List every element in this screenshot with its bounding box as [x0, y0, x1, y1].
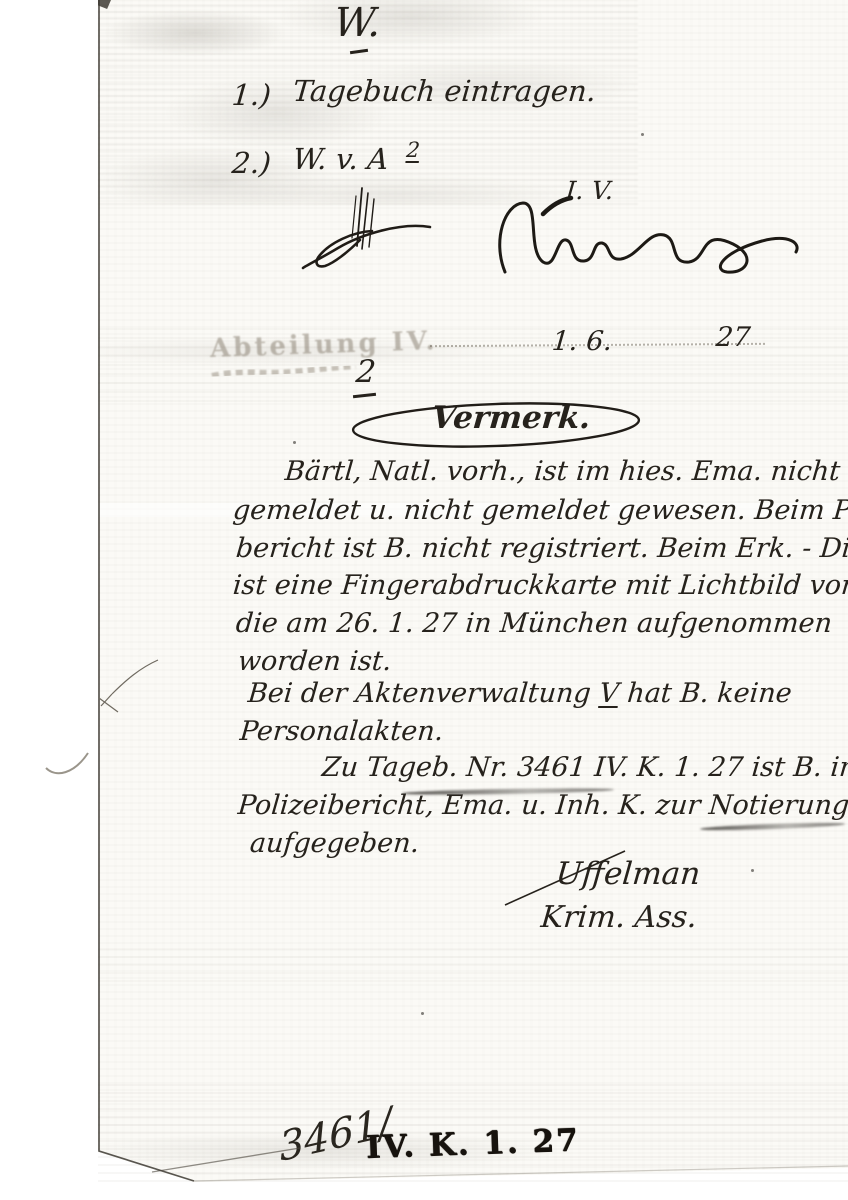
- signer-title: Krim. Ass.: [539, 900, 698, 935]
- note-line-9-reference: 3461 IV. K. 1. 27: [516, 752, 745, 783]
- note-heading: Vermerk.: [430, 400, 592, 436]
- page-number: 2: [354, 354, 377, 390]
- note-line-10-pre: Polizeibericht, Ema. u. Inh. K. zur: [237, 790, 711, 821]
- signer-name: Uffelman: [554, 856, 701, 892]
- document-scan: W. 1.) Tagebuch eintragen. 2.) W. v. A 2…: [0, 0, 848, 1200]
- note-line-6: worden ist.: [237, 646, 393, 677]
- note-line-9-post: ist B. in: [742, 752, 848, 783]
- ink-speck: [641, 133, 644, 136]
- note-line-8: Personalakten.: [239, 716, 445, 747]
- ink-speck: [751, 869, 754, 872]
- handwritten-year: 27: [715, 322, 752, 353]
- note-line-7-pre: Bei der Aktenverwaltung: [247, 678, 601, 709]
- file-number-stamp: IV. K. 1. 27: [365, 1122, 580, 1165]
- instruction-2-main: W. v. A: [292, 142, 390, 176]
- note-line-4: ist eine Fingerabdruckkarte mit Lichtbil…: [232, 570, 848, 601]
- instruction-1-text: Tagebuch eintragen.: [292, 74, 598, 108]
- note-line-1: Bärtl, Natl. vorh., ist im hies. Ema. ni…: [284, 456, 842, 487]
- disposition-mark: W.: [332, 0, 383, 46]
- instruction-2-superscript: 2: [405, 138, 420, 162]
- note-line-10-underlined: Notierung: [708, 790, 848, 821]
- note-line-9-pre: Zu Tageb. Nr.: [321, 752, 519, 783]
- note-line-5: die am 26. 1. 27 in München aufgenommen: [235, 608, 834, 639]
- note-line-11: aufgegeben.: [249, 828, 421, 859]
- instruction-1-number: 1.): [231, 78, 273, 112]
- note-line-7: Bei der Aktenverwaltung V hat B. keine: [247, 678, 793, 709]
- note-line-2: gemeldet u. nicht gemeldet gewesen. Beim…: [232, 495, 848, 526]
- note-line-9: Zu Tageb. Nr. 3461 IV. K. 1. 27 ist B. i…: [321, 752, 848, 783]
- handwritten-date: 1. 6.: [551, 326, 614, 357]
- ink-speck: [293, 441, 296, 444]
- per-procuration-mark: I. V.: [565, 176, 615, 205]
- pencil-mark: [46, 753, 88, 773]
- note-line-3: bericht ist B. nicht registriert. Beim E…: [235, 533, 848, 564]
- instruction-2-number: 2.): [231, 146, 273, 180]
- instruction-2-text: W. v. A 2: [292, 142, 413, 176]
- note-line-10: Polizeibericht, Ema. u. Inh. K. zur Noti…: [237, 790, 848, 821]
- note-line-7-post: hat B. keine: [617, 678, 793, 709]
- ink-speck: [421, 1012, 424, 1015]
